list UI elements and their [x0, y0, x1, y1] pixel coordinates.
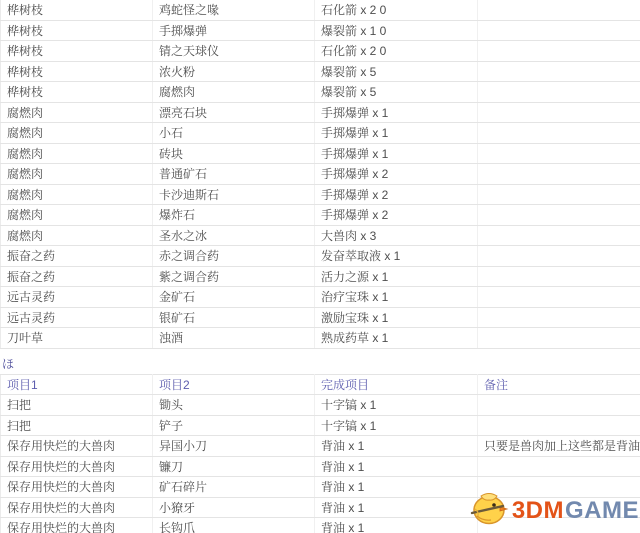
cell-item1: 腐燃肉	[1, 205, 153, 226]
cell-item2: 矿石碎片	[153, 477, 315, 498]
cell-item2: 锖之天球仪	[153, 41, 315, 62]
table-row: 保存用快烂的大兽肉异国小刀背油 x 1只要是兽肉加上这些都是背油	[1, 436, 640, 457]
cell-result: 手掷爆弹 x 2	[315, 184, 478, 205]
cell-item2: 普通矿石	[153, 164, 315, 185]
table-row: 保存用快烂的大兽肉长钩爪背油 x 1	[1, 518, 640, 533]
cell-item1: 保存用快烂的大兽肉	[1, 477, 153, 498]
cell-result: 手掷爆弹 x 2	[315, 205, 478, 226]
cell-result: 发奋萃取液 x 1	[315, 246, 478, 267]
cell-item1: 腐燃肉	[1, 123, 153, 144]
table-row: 腐燃肉圣水之冰大兽肉 x 3	[1, 225, 640, 246]
table-row: 桦树枝浓火粉爆裂箭 x 5	[1, 61, 640, 82]
cell-item1: 桦树枝	[1, 20, 153, 41]
table-row: 扫把锄头十字镐 x 1	[1, 395, 640, 416]
cell-item1: 保存用快烂的大兽肉	[1, 518, 153, 533]
table-header-row: 项目1 项目2 完成项目 备注	[1, 374, 640, 395]
cell-item2: 卡沙迪斯石	[153, 184, 315, 205]
table-row: 腐燃肉漂亮石块手掷爆弹 x 1	[1, 102, 640, 123]
cell-item1: 振奋之药	[1, 246, 153, 267]
cell-item1: 远古灵药	[1, 287, 153, 308]
cell-result: 爆裂箭 x 5	[315, 61, 478, 82]
column-header-result: 完成项目	[315, 374, 478, 395]
cell-note	[478, 497, 640, 518]
cell-result: 背油 x 1	[315, 477, 478, 498]
cell-note	[478, 287, 640, 308]
cell-note	[478, 307, 640, 328]
table-row: 振奋之药紫之调合药活力之源 x 1	[1, 266, 640, 287]
cell-item2: 砖块	[153, 143, 315, 164]
table-row: 桦树枝手掷爆弹爆裂箭 x 1 0	[1, 20, 640, 41]
column-header-item1: 项目1	[1, 374, 153, 395]
cell-result: 大兽肉 x 3	[315, 225, 478, 246]
cell-item2: 腐燃肉	[153, 82, 315, 103]
cell-result: 手掷爆弹 x 1	[315, 123, 478, 144]
cell-result: 石化箭 x 2 0	[315, 41, 478, 62]
table-row: 桦树枝锖之天球仪石化箭 x 2 0	[1, 41, 640, 62]
cell-note	[478, 477, 640, 498]
cell-item2: 异国小刀	[153, 436, 315, 457]
table-row: 桦树枝鸡蛇怪之喙石化箭 x 2 0	[1, 0, 640, 20]
cell-note	[478, 61, 640, 82]
table-row: 保存用快烂的大兽肉镰刀背油 x 1	[1, 456, 640, 477]
cell-item1: 保存用快烂的大兽肉	[1, 456, 153, 477]
cell-note	[478, 225, 640, 246]
cell-item2: 漂亮石块	[153, 102, 315, 123]
cell-note	[478, 328, 640, 349]
table-row: 腐燃肉砖块手掷爆弹 x 1	[1, 143, 640, 164]
cell-note	[478, 0, 640, 20]
cell-result: 治疗宝珠 x 1	[315, 287, 478, 308]
column-header-note: 备注	[478, 374, 640, 395]
table-row: 桦树枝腐燃肉爆裂箭 x 5	[1, 82, 640, 103]
cell-item2: 银矿石	[153, 307, 315, 328]
cell-result: 背油 x 1	[315, 518, 478, 533]
cell-note	[478, 246, 640, 267]
cell-note	[478, 20, 640, 41]
cell-item2: 圣水之冰	[153, 225, 315, 246]
cell-result: 手掷爆弹 x 1	[315, 102, 478, 123]
cell-item2: 锄头	[153, 395, 315, 416]
cell-item1: 腐燃肉	[1, 143, 153, 164]
cell-item2: 小獠牙	[153, 497, 315, 518]
table-row: 扫把铲子十字镐 x 1	[1, 415, 640, 436]
cell-item2: 赤之调合药	[153, 246, 315, 267]
cell-item1: 腐燃肉	[1, 164, 153, 185]
cell-result: 爆裂箭 x 1 0	[315, 20, 478, 41]
cell-result: 活力之源 x 1	[315, 266, 478, 287]
cell-item2: 紫之调合药	[153, 266, 315, 287]
cell-item1: 扫把	[1, 395, 153, 416]
cell-result: 背油 x 1	[315, 497, 478, 518]
cell-note	[478, 415, 640, 436]
cell-item1: 扫把	[1, 415, 153, 436]
cell-item1: 桦树枝	[1, 0, 153, 20]
table-row: 腐燃肉小石手掷爆弹 x 1	[1, 123, 640, 144]
cell-note	[478, 518, 640, 533]
cell-item1: 远古灵药	[1, 307, 153, 328]
table-row: 刀叶草浊酒熟成药草 x 1	[1, 328, 640, 349]
cell-note	[478, 102, 640, 123]
cell-result: 十字镐 x 1	[315, 395, 478, 416]
cell-result: 手掷爆弹 x 1	[315, 143, 478, 164]
cell-result: 爆裂箭 x 5	[315, 82, 478, 103]
cell-note	[478, 123, 640, 144]
table-row: 远古灵药银矿石激励宝珠 x 1	[1, 307, 640, 328]
cell-item2: 长钩爪	[153, 518, 315, 533]
cell-result: 十字镐 x 1	[315, 415, 478, 436]
cell-result: 激励宝珠 x 1	[315, 307, 478, 328]
cell-item2: 镰刀	[153, 456, 315, 477]
cell-item1: 腐燃肉	[1, 225, 153, 246]
cell-item1: 腐燃肉	[1, 102, 153, 123]
cell-result: 背油 x 1	[315, 456, 478, 477]
cell-item2: 小石	[153, 123, 315, 144]
cell-item2: 浊酒	[153, 328, 315, 349]
cell-item2: 鸡蛇怪之喙	[153, 0, 315, 20]
table-row: 保存用快烂的大兽肉矿石碎片背油 x 1	[1, 477, 640, 498]
cell-item2: 金矿石	[153, 287, 315, 308]
column-header-item2: 项目2	[153, 374, 315, 395]
cell-result: 背油 x 1	[315, 436, 478, 457]
table-row: 腐燃肉普通矿石手掷爆弹 x 2	[1, 164, 640, 185]
cell-item1: 腐燃肉	[1, 184, 153, 205]
cell-result: 熟成药草 x 1	[315, 328, 478, 349]
table-row: 腐燃肉卡沙迪斯石手掷爆弹 x 2	[1, 184, 640, 205]
cell-item2: 爆炸石	[153, 205, 315, 226]
cell-item1: 桦树枝	[1, 82, 153, 103]
crafting-combination-table-2: 项目1 项目2 完成项目 备注 扫把锄头十字镐 x 1扫把铲子十字镐 x 1保存…	[0, 374, 640, 533]
cell-result: 手掷爆弹 x 2	[315, 164, 478, 185]
cell-item1: 保存用快烂的大兽肉	[1, 497, 153, 518]
cell-item1: 保存用快烂的大兽肉	[1, 436, 153, 457]
cell-note	[478, 164, 640, 185]
cell-item2: 浓火粉	[153, 61, 315, 82]
cell-note: 只要是兽肉加上这些都是背油	[478, 436, 640, 457]
cell-note	[478, 395, 640, 416]
cell-note	[478, 41, 640, 62]
cell-note	[478, 143, 640, 164]
table-row: 远古灵药金矿石治疗宝珠 x 1	[1, 287, 640, 308]
cell-note	[478, 82, 640, 103]
cell-note	[478, 205, 640, 226]
section-label: ほ	[2, 357, 640, 372]
cell-note	[478, 184, 640, 205]
cell-item1: 桦树枝	[1, 61, 153, 82]
table-row: 腐燃肉爆炸石手掷爆弹 x 2	[1, 205, 640, 226]
crafting-combination-table-1: 桦树枝鸡蛇怪之喙石化箭 x 2 0桦树枝手掷爆弹爆裂箭 x 1 0桦树枝锖之天球…	[0, 0, 640, 349]
cell-item2: 铲子	[153, 415, 315, 436]
cell-item1: 刀叶草	[1, 328, 153, 349]
cell-result: 石化箭 x 2 0	[315, 0, 478, 20]
cell-item1: 桦树枝	[1, 41, 153, 62]
cell-item2: 手掷爆弹	[153, 20, 315, 41]
table-row: 振奋之药赤之调合药发奋萃取液 x 1	[1, 246, 640, 267]
cell-item1: 振奋之药	[1, 266, 153, 287]
table-row: 保存用快烂的大兽肉小獠牙背油 x 1	[1, 497, 640, 518]
cell-note	[478, 266, 640, 287]
cell-note	[478, 456, 640, 477]
